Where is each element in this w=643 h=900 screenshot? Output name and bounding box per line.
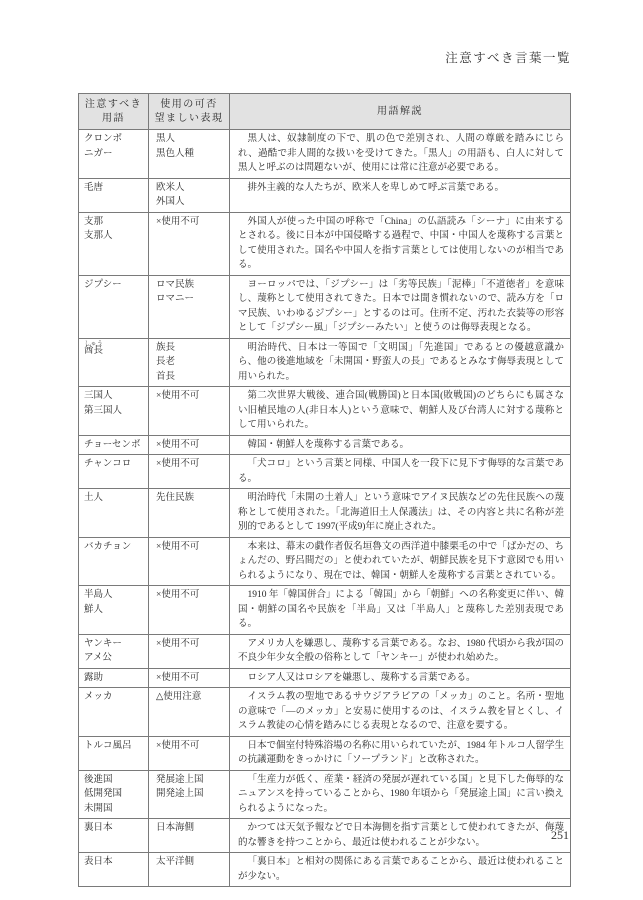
usage-text: 外国人 (156, 195, 226, 210)
explanation-cell: 「裏日本」と相対の関係にある言葉であることから、最近は使われることが少ない。 (230, 853, 571, 887)
table-row: 土人先住民族明治時代「未開の土着人」という意味でアイヌ民族などの先住民族への蔑称… (79, 489, 571, 538)
usage-text: ×使用不可 (156, 540, 226, 555)
usage-text: 先住民族 (156, 491, 226, 506)
usage-cell: 欧米人外国人 (149, 178, 230, 212)
usage-cell: ×使用不可 (149, 435, 230, 455)
usage-cell: ×使用不可 (149, 387, 230, 436)
page-number: 251 (551, 828, 569, 843)
table-row: 毛唐欧米人外国人排外主義的な人たちが、欧米人を卑しめて呼ぶ言葉である。 (79, 178, 571, 212)
term-cell: 支那支那人 (79, 212, 149, 275)
table-row: 露助×使用不可ロシア人又はロシアを嫌悪し、蔑称する言葉である。 (79, 668, 571, 688)
usage-text: 黒色人種 (156, 147, 226, 162)
term-text: 低開発国 (84, 787, 145, 802)
term-cell: 露助 (79, 668, 149, 688)
usage-text: 日本海側 (156, 821, 226, 836)
term-cell: メッカ (79, 688, 149, 737)
usage-cell: 先住民族 (149, 489, 230, 538)
term-cell: 毛唐 (79, 178, 149, 212)
usage-cell: ×使用不可 (149, 634, 230, 668)
term-cell: 半島人鮮人 (79, 586, 149, 635)
term-cell: 酋長しゅう (79, 338, 149, 387)
explanation-cell: ヨーロッパでは、「ジプシー」は「劣等民族」「泥棒」「不道徳者」を意味し、蔑称とし… (230, 275, 571, 338)
term-cell: 裏日本 (79, 819, 149, 853)
explanation-cell: 日本で個室付特殊浴場の名称に用いられていたが、1984 年トルコ人留学生の抗議運… (230, 736, 571, 770)
usage-cell: 太平洋側 (149, 853, 230, 887)
explanation-cell: 韓国・朝鮮人を蔑称する言葉である。 (230, 435, 571, 455)
term-text: 露助 (84, 671, 145, 686)
table-row: 裏日本日本海側かつては天気予報などで日本海側を指す言葉として使われてきたが、侮蔑… (79, 819, 571, 853)
explanation-cell: 排外主義的な人たちが、欧米人を卑しめて呼ぶ言葉である。 (230, 178, 571, 212)
table-row: 支那支那人×使用不可外国人が使った中国の呼称で「China」の仏語読み「シーナ」… (79, 212, 571, 275)
explanation-cell: 黒人は、奴隷制度の下で、肌の色で差別され、人間の尊厳を踏みにじられ、過酷で非人間… (230, 130, 571, 179)
usage-text: ロマ民族 (156, 278, 226, 293)
term-text: チョーセンボ (84, 438, 145, 453)
term-text: クロンボ (84, 132, 145, 147)
usage-text: ×使用不可 (156, 637, 226, 652)
term-text: バカチョン (84, 540, 145, 555)
table-row: チャンコロ×使用不可「犬コロ」という言葉と同様、中国人を一段下に見下す侮辱的な言… (79, 455, 571, 489)
terms-table: 注意すべき 用語 使用の可否 望ましい表現 用語解説 クロンボニガー黒人黒色人種… (78, 93, 571, 887)
term-text: ニガー (84, 147, 145, 162)
term-text: トルコ風呂 (84, 739, 145, 754)
usage-cell: ×使用不可 (149, 586, 230, 635)
term-text: 支那人 (84, 229, 145, 244)
explanation-cell: 1910 年「韓国併合」による「韓国」から「朝鮮」への名称変更に伴い、韓国・朝鮮… (230, 586, 571, 635)
table-row: 酋長しゅう族長長老首長明治時代、日本は一等国で「文明国」「先進国」であるとの優越… (79, 338, 571, 387)
term-cell: ヤンキーアメ公 (79, 634, 149, 668)
term-cell: バカチョン (79, 537, 149, 586)
usage-cell: 黒人黒色人種 (149, 130, 230, 179)
usage-cell: 発展途上国開発途上国 (149, 770, 230, 819)
explanation-cell: 明治時代、日本は一等国で「文明国」「先進国」であるとの優越意識から、他の後進地域… (230, 338, 571, 387)
explanation-cell: 本来は、幕末の戯作者仮名垣魯文の西洋道中膝栗毛の中で「ばかだの、ちょんだの、野呂… (230, 537, 571, 586)
table-row: 半島人鮮人×使用不可1910 年「韓国併合」による「韓国」から「朝鮮」への名称変… (79, 586, 571, 635)
term-text: 半島人 (84, 588, 145, 603)
term-text: メッカ (84, 690, 145, 705)
table-header: 注意すべき 用語 使用の可否 望ましい表現 用語解説 (79, 94, 571, 130)
usage-text: ×使用不可 (156, 389, 226, 404)
usage-text: ×使用不可 (156, 671, 226, 686)
usage-text: ×使用不可 (156, 438, 226, 453)
usage-text: ×使用不可 (156, 215, 226, 230)
explanation-cell: 明治時代「未開の土着人」という意味でアイヌ民族などの先住民族への蔑称として使用さ… (230, 489, 571, 538)
usage-text: 欧米人 (156, 181, 226, 196)
term-text: ヤンキー (84, 637, 145, 652)
page-title: 注意すべき言葉一覧 (445, 48, 571, 66)
term-cell: チョーセンボ (79, 435, 149, 455)
column-header-usage: 使用の可否 望ましい表現 (149, 94, 230, 130)
usage-text: ×使用不可 (156, 739, 226, 754)
term-cell: 表日本 (79, 853, 149, 887)
term-cell: チャンコロ (79, 455, 149, 489)
term-cell: 後進国低開発国未開国 (79, 770, 149, 819)
usage-cell: ×使用不可 (149, 736, 230, 770)
usage-cell: ×使用不可 (149, 668, 230, 688)
explanation-cell: ロシア人又はロシアを嫌悪し、蔑称する言葉である。 (230, 668, 571, 688)
table-row: ヤンキーアメ公×使用不可アメリカ人を嫌悪し、蔑称する言葉である。なお、1980 … (79, 634, 571, 668)
term-cell: クロンボニガー (79, 130, 149, 179)
table-row: クロンボニガー黒人黒色人種黒人は、奴隷制度の下で、肌の色で差別され、人間の尊厳を… (79, 130, 571, 179)
usage-text: 太平洋側 (156, 855, 226, 870)
explanation-cell: 「犬コロ」という言葉と同様、中国人を一段下に見下す侮辱的な言葉である。 (230, 455, 571, 489)
table-header-row: 注意すべき 用語 使用の可否 望ましい表現 用語解説 (79, 94, 571, 130)
table-body: クロンボニガー黒人黒色人種黒人は、奴隷制度の下で、肌の色で差別され、人間の尊厳を… (79, 130, 571, 887)
explanation-cell: 第二次世界大戦後、連合国(戦勝国)と日本国(敗戦国)のどちらにも属さない旧植民地… (230, 387, 571, 436)
usage-cell: 日本海側 (149, 819, 230, 853)
term-text: ジプシー (84, 278, 145, 293)
term-text: 後進国 (84, 773, 145, 788)
usage-text: 族長 (156, 341, 226, 356)
document-page: 注意すべき言葉一覧 注意すべき 用語 使用の可否 望ましい表現 用語解説 クロン… (0, 0, 643, 900)
term-text: 三国人 (84, 389, 145, 404)
term-cell: 三国人第三国人 (79, 387, 149, 436)
usage-text: ×使用不可 (156, 588, 226, 603)
term-cell: 土人 (79, 489, 149, 538)
usage-text: 長老 (156, 355, 226, 370)
usage-text: ×使用不可 (156, 457, 226, 472)
table-row: 表日本太平洋側「裏日本」と相対の関係にある言葉であることから、最近は使われること… (79, 853, 571, 887)
usage-text: ロマニー (156, 292, 226, 307)
usage-text: △使用注意 (156, 690, 226, 705)
term-text: 鮮人 (84, 603, 145, 618)
usage-cell: ×使用不可 (149, 537, 230, 586)
explanation-cell: イスラム教の聖地であるサウジアラビアの「メッカ」のこと。名所・聖地の意味で「―の… (230, 688, 571, 737)
term-text: 表日本 (84, 855, 145, 870)
usage-text: 首長 (156, 370, 226, 385)
explanation-cell: かつては天気予報などで日本海側を指す言葉として使われてきたが、侮蔑的な響きを持つ… (230, 819, 571, 853)
term-text: 第三国人 (84, 404, 145, 419)
term-cell: ジプシー (79, 275, 149, 338)
term-text: チャンコロ (84, 457, 145, 472)
table-row: チョーセンボ×使用不可韓国・朝鮮人を蔑称する言葉である。 (79, 435, 571, 455)
usage-cell: ロマ民族ロマニー (149, 275, 230, 338)
term-text: 毛唐 (84, 181, 145, 196)
explanation-cell: アメリカ人を嫌悪し、蔑称する言葉である。なお、1980 代頃から我が国の不良少年… (230, 634, 571, 668)
usage-text: 黒人 (156, 132, 226, 147)
usage-cell: 族長長老首長 (149, 338, 230, 387)
term-text: 酋長しゅう (84, 341, 145, 359)
table-row: 三国人第三国人×使用不可第二次世界大戦後、連合国(戦勝国)と日本国(敗戦国)のど… (79, 387, 571, 436)
usage-cell: △使用注意 (149, 688, 230, 737)
table-row: ジプシーロマ民族ロマニーヨーロッパでは、「ジプシー」は「劣等民族」「泥棒」「不道… (79, 275, 571, 338)
table-row: メッカ△使用注意イスラム教の聖地であるサウジアラビアの「メッカ」のこと。名所・聖… (79, 688, 571, 737)
term-text: 土人 (84, 491, 145, 506)
usage-text: 開発途上国 (156, 787, 226, 802)
explanation-cell: 外国人が使った中国の呼称で「China」の仏語読み「シーナ」に由来するとされる。… (230, 212, 571, 275)
term-text: 裏日本 (84, 821, 145, 836)
usage-cell: ×使用不可 (149, 212, 230, 275)
column-header-term: 注意すべき 用語 (79, 94, 149, 130)
table-row: バカチョン×使用不可本来は、幕末の戯作者仮名垣魯文の西洋道中膝栗毛の中で「ばかだ… (79, 537, 571, 586)
explanation-cell: 「生産力が低く、産業・経済の発展が遅れている国」と見下した侮辱的なニュアンスを持… (230, 770, 571, 819)
usage-text: 発展途上国 (156, 773, 226, 788)
table-row: 後進国低開発国未開国発展途上国開発途上国「生産力が低く、産業・経済の発展が遅れて… (79, 770, 571, 819)
term-text: 未開国 (84, 802, 145, 817)
column-header-explanation: 用語解説 (230, 94, 571, 130)
term-cell: トルコ風呂 (79, 736, 149, 770)
table-row: トルコ風呂×使用不可日本で個室付特殊浴場の名称に用いられていたが、1984 年ト… (79, 736, 571, 770)
usage-cell: ×使用不可 (149, 455, 230, 489)
term-text: 支那 (84, 215, 145, 230)
term-text: アメ公 (84, 651, 145, 666)
